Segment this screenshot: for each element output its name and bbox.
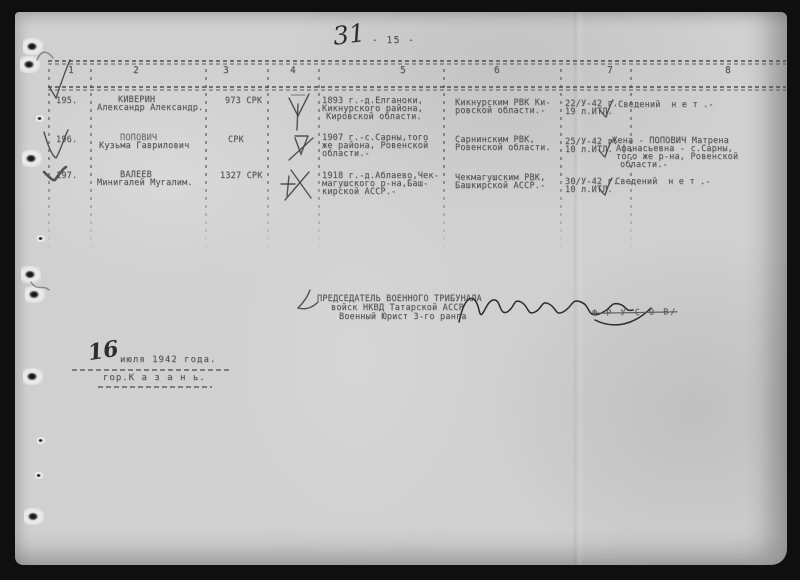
punched-hole bbox=[24, 508, 44, 525]
draft-office-line: Ровенской области. bbox=[455, 144, 551, 153]
row-number: 195. bbox=[56, 97, 77, 106]
column-divider bbox=[267, 69, 269, 261]
date-underline bbox=[72, 369, 232, 371]
table-header-rule bbox=[48, 86, 786, 88]
unit: СРК bbox=[228, 136, 244, 145]
typed-page-number: - 15 - bbox=[372, 36, 415, 45]
city-line: гор.К а з а н ь. bbox=[103, 374, 206, 383]
relatives-line: Сведений н е т .- bbox=[618, 101, 714, 110]
handwritten-folio-number: 31 bbox=[331, 18, 366, 51]
punched-hole bbox=[37, 235, 45, 242]
unit: 973 СРК bbox=[225, 97, 262, 106]
document-page: 31 - 15 - 1 2 3 4 5 6 7 8 195. КИВЕРИН А… bbox=[15, 12, 787, 565]
column-header-5: 5 bbox=[400, 66, 406, 75]
punched-hole bbox=[35, 472, 43, 479]
table-header-rule-2 bbox=[48, 89, 786, 91]
column-divider bbox=[560, 69, 562, 261]
column-divider bbox=[205, 69, 207, 261]
column-divider bbox=[90, 69, 92, 261]
table-top-rule-2 bbox=[48, 63, 786, 65]
sentence-check-mark bbox=[597, 176, 613, 198]
given-names: Кузьма Гаврилович bbox=[99, 142, 189, 151]
city-underline bbox=[98, 386, 212, 388]
punched-hole bbox=[36, 115, 44, 122]
scanned-document: 31 - 15 - 1 2 3 4 5 6 7 8 195. КИВЕРИН А… bbox=[0, 0, 800, 580]
given-names: Александр Александр. bbox=[97, 104, 203, 113]
birth-place-line: кирской АССР.- bbox=[322, 188, 396, 197]
handwritten-day: 16 bbox=[86, 336, 120, 366]
birth-place-line: области.- bbox=[322, 150, 370, 159]
column-header-6: 6 bbox=[494, 66, 500, 75]
struck-out-name: Ф Р У С О В/ bbox=[592, 308, 678, 318]
column-header-7: 7 bbox=[607, 66, 613, 75]
signature-title-line: Военный Юрист 3-го ранга bbox=[339, 313, 467, 322]
pencil-scribble bbox=[35, 48, 55, 62]
column-header-4: 4 bbox=[290, 66, 296, 75]
draft-office-line: Башкирской АССР.- bbox=[455, 182, 545, 191]
row-number: 197. bbox=[56, 172, 77, 181]
verdict-x-check-mark bbox=[277, 166, 315, 206]
column-divider bbox=[443, 69, 445, 261]
relatives-line: Сведений н е т .- bbox=[615, 178, 711, 187]
birth-place-line: Кировской области. bbox=[326, 113, 422, 122]
date-line: июля 1942 года. bbox=[120, 356, 216, 365]
column-header-3: 3 bbox=[223, 66, 229, 75]
punched-hole bbox=[22, 150, 42, 167]
unit: 1327 СРК bbox=[220, 172, 263, 181]
verdict-x-check-mark bbox=[283, 128, 319, 170]
relatives-line: области.- bbox=[620, 161, 668, 170]
margin-check-mark bbox=[40, 126, 70, 166]
sentence-check-mark bbox=[597, 138, 613, 160]
pencil-scribble bbox=[29, 278, 51, 294]
given-names: Минигалей Мугалим. bbox=[97, 179, 193, 188]
row-number: 196. bbox=[56, 136, 77, 145]
table-top-rule bbox=[48, 60, 786, 62]
column-header-2: 2 bbox=[133, 66, 139, 75]
punched-hole bbox=[23, 368, 43, 385]
draft-office-line: ровской области.- bbox=[455, 107, 545, 116]
punched-hole bbox=[37, 437, 45, 444]
column-header-8: 8 bbox=[725, 66, 731, 75]
sentence-check-mark bbox=[598, 98, 614, 120]
